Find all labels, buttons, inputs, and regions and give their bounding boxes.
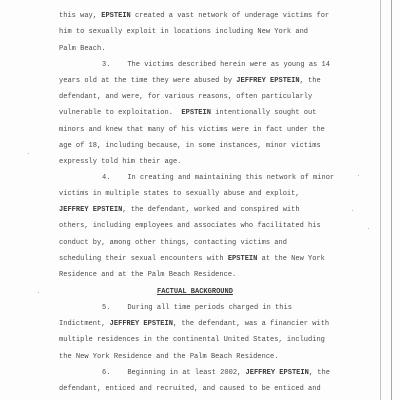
- scan-speck: [38, 292, 39, 293]
- text-run: him to sexually exploit in locations inc…: [59, 28, 308, 36]
- text-line: the New York Residence and the Palm Beac…: [59, 353, 278, 361]
- text-line: Indictment, JEFFREY EPSTEIN, the defenda…: [59, 320, 329, 328]
- scan-speck: [352, 210, 353, 211]
- text-run: scheduling their sexual encounters with: [59, 255, 228, 263]
- text-run: 6. Beginning in at least 2002,: [102, 369, 246, 377]
- margin-line-inner: [380, 0, 381, 400]
- document-page: this way, EPSTEIN created a vast network…: [0, 0, 400, 400]
- text-run: created a vast network of underage victi…: [131, 12, 329, 20]
- text-run: vulnerable to exploitation.: [59, 109, 181, 117]
- text-line: 5. During all time periods charged in th…: [102, 304, 292, 312]
- text-line: defendant, and were, for various reasons…: [59, 93, 312, 101]
- text-line: Residence and at the Palm Beach Residenc…: [59, 271, 236, 279]
- text-line: others, including employees and associat…: [59, 222, 321, 230]
- text-run: 3. The victims described herein were as …: [102, 61, 330, 69]
- text-run: , the defendant, worked and conspired wi…: [122, 206, 299, 214]
- text-line: this way, EPSTEIN created a vast network…: [59, 12, 329, 20]
- text-line: victims in multiple states to sexually a…: [59, 190, 300, 198]
- bold-name: EPSTEIN: [101, 12, 131, 20]
- text-run: multiple residences in the continental U…: [59, 336, 325, 344]
- margin-line-outer: [391, 0, 392, 400]
- bold-name: EPSTEIN: [228, 255, 258, 263]
- scan-speck: [368, 228, 369, 229]
- text-run: defendant, and were, for various reasons…: [59, 93, 312, 101]
- bold-name: JEFFREY EPSTEIN: [236, 77, 299, 85]
- text-run: Indictment,: [59, 320, 110, 328]
- text-run: 4. In creating and maintaining this netw…: [102, 174, 334, 182]
- bold-name: JEFFREY EPSTEIN: [59, 206, 122, 214]
- text-run: , the: [309, 369, 330, 377]
- text-run: victims in multiple states to sexually a…: [59, 190, 300, 198]
- text-line: conduct by, among other things, contacti…: [59, 239, 287, 247]
- text-run: age of 18, including because, in some in…: [59, 142, 321, 150]
- text-run: minors and knew that many of his victims…: [59, 126, 325, 134]
- bold-name: EPSTEIN: [181, 109, 211, 117]
- text-line: minors and knew that many of his victims…: [59, 126, 325, 134]
- text-line: multiple residences in the continental U…: [59, 336, 325, 344]
- text-run: , the: [300, 77, 321, 85]
- text-run: intentionally sought out: [211, 109, 317, 117]
- text-run: years old at the time they were abused b…: [59, 77, 236, 85]
- text-run: expressly told him their age.: [59, 158, 181, 166]
- scan-speck: [28, 153, 29, 154]
- text-run: Palm Beach.: [59, 45, 105, 53]
- text-run: defendant, enticed and recruited, and ca…: [59, 385, 321, 393]
- scan-speck: [358, 175, 359, 176]
- text-run: the New York Residence and the Palm Beac…: [59, 353, 278, 361]
- text-line: vulnerable to exploitation. EPSTEIN inte…: [59, 109, 316, 117]
- text-run: others, including employees and associat…: [59, 222, 321, 230]
- text-line: age of 18, including because, in some in…: [59, 142, 321, 150]
- text-line: expressly told him their age.: [59, 158, 181, 166]
- text-line: defendant, enticed and recruited, and ca…: [59, 385, 321, 393]
- text-line: Palm Beach.: [59, 45, 105, 53]
- text-line: 4. In creating and maintaining this netw…: [102, 174, 334, 182]
- text-line: years old at the time they were abused b…: [59, 77, 321, 85]
- text-line: JEFFREY EPSTEIN, the defendant, worked a…: [59, 206, 300, 214]
- bold-name: JEFFREY EPSTEIN: [110, 320, 173, 328]
- section-heading: FACTUAL BACKGROUND: [157, 288, 233, 296]
- text-line: him to sexually exploit in locations inc…: [59, 28, 308, 36]
- text-run: conduct by, among other things, contacti…: [59, 239, 287, 247]
- text-run: at the New York: [257, 255, 325, 263]
- text-run: FACTUAL BACKGROUND: [157, 288, 233, 296]
- text-run: Residence and at the Palm Beach Residenc…: [59, 271, 236, 279]
- text-line: 3. The victims described herein were as …: [102, 61, 330, 69]
- text-run: this way,: [59, 12, 101, 20]
- text-line: 6. Beginning in at least 2002, JEFFREY E…: [102, 369, 330, 377]
- text-run: 5. During all time periods charged in th…: [102, 304, 292, 312]
- bold-name: JEFFREY EPSTEIN: [246, 369, 309, 377]
- text-line: scheduling their sexual encounters with …: [59, 255, 325, 263]
- text-run: , the defendant, was a financier with: [173, 320, 329, 328]
